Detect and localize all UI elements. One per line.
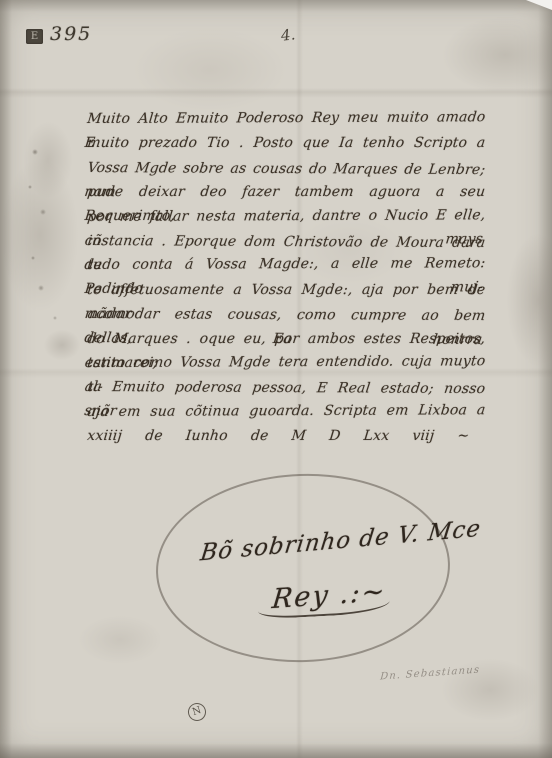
- marginal-annotation: Dn. Sebastianus: [380, 664, 481, 682]
- circled-n-stamp: N: [186, 701, 209, 724]
- letter-line: Vossa Mgde sobre as cousas do Marques de…: [86, 156, 487, 182]
- letter-line: pude deixar deo fazer tambem aguora a se…: [86, 180, 487, 204]
- folio-number: 4.: [280, 25, 296, 44]
- letter-line: xxiiij de Iunho de M D Lxx viij ~: [86, 424, 471, 448]
- letter-line: tudo conta á Vossa Magde:, a elle me Rem…: [86, 252, 487, 278]
- letter-body: Muito Alto Emuito Poderoso Rey meu muito…: [86, 107, 484, 448]
- manuscript-page: E 395 4. Muito Alto Emuito Poderoso Rey …: [0, 0, 552, 758]
- archive-number: 395: [50, 23, 92, 45]
- letter-line: muito prezado Tio . Posto que Ia tenho S…: [86, 131, 487, 155]
- archive-stamp-icon: E: [26, 29, 43, 44]
- letter-line: por me fallar nesta materia, dantre o Nu…: [86, 203, 487, 229]
- letter-line: Muito Alto Emuito Poderoso Rey meu muito…: [86, 105, 487, 131]
- letter-line: aja em sua cõtinua guoarda. Scripta em L…: [86, 398, 487, 424]
- letter-line: do Marques . oque eu, por ambos estes Re…: [86, 327, 487, 351]
- letter-line: acomodar estas cousas, como cumpre ao be…: [86, 302, 487, 328]
- letter-line: tanto como Vossa Mgde tera entendido. cu…: [86, 349, 487, 375]
- letter-line: to affetuosamente a Vossa Mgde:, aja por…: [86, 278, 487, 302]
- signature-oval: [153, 469, 453, 667]
